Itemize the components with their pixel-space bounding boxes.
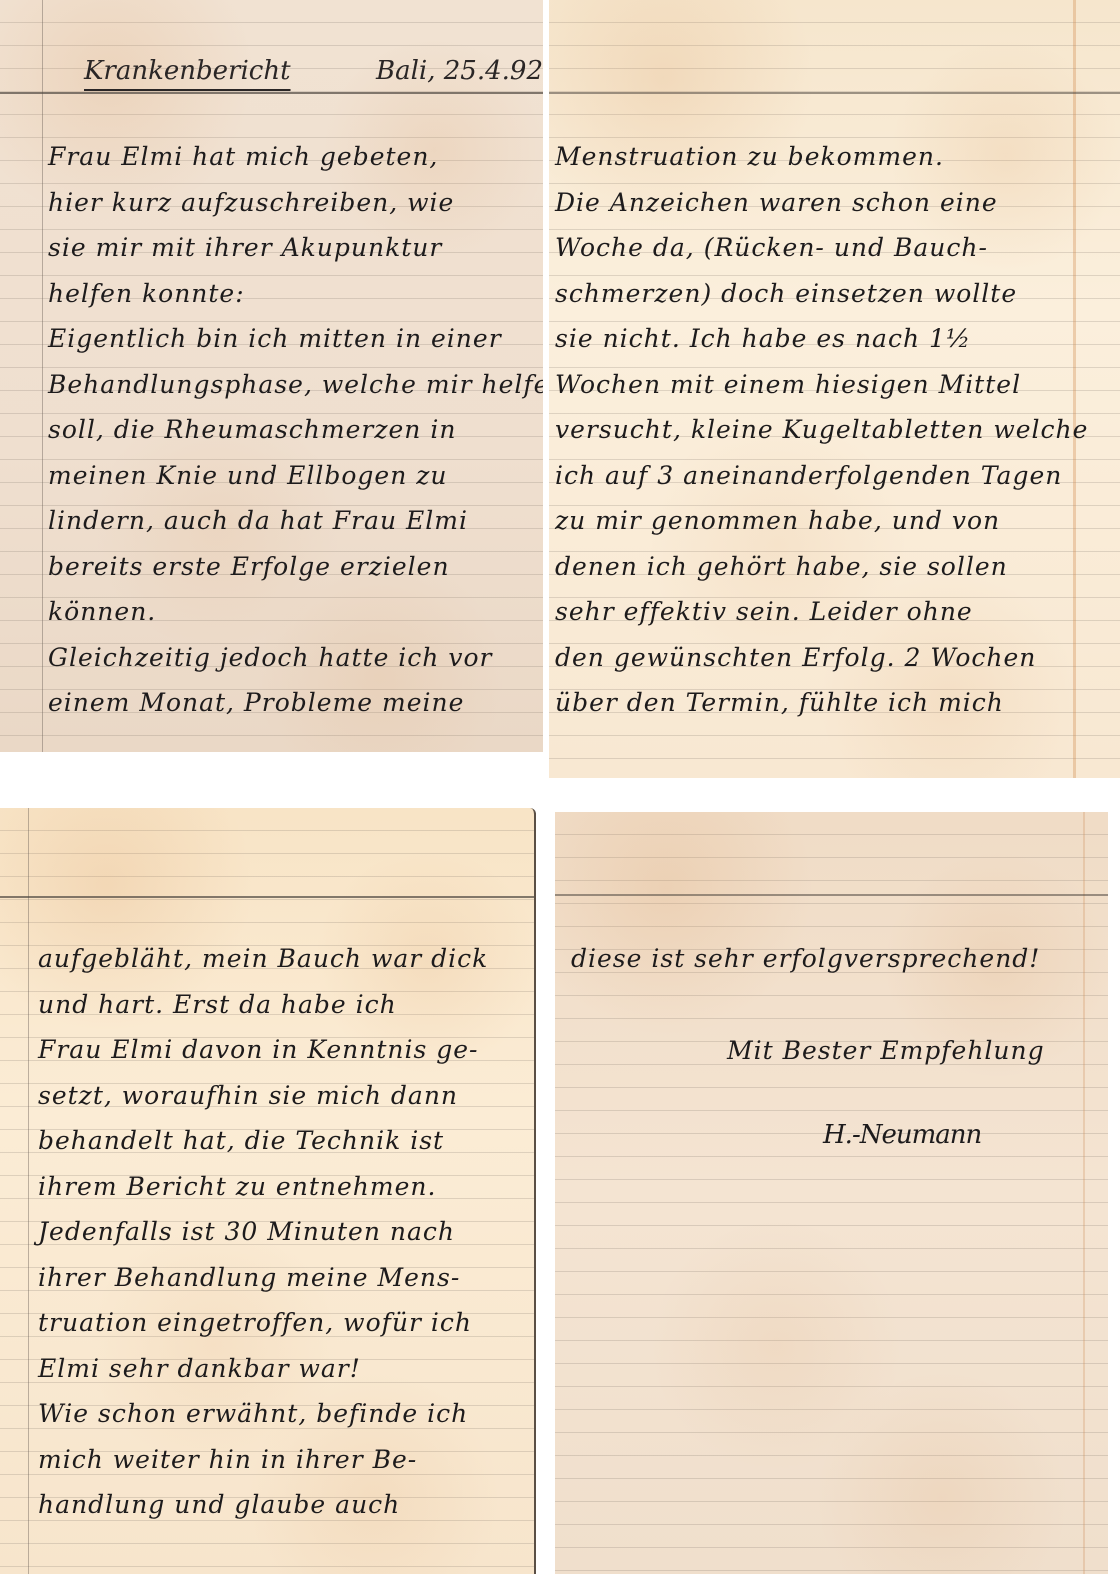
page-4-body: diese ist sehr erfolgversprechend! [571, 936, 1040, 982]
text-line: Behandlungsphase, welche mir helfen [48, 362, 543, 408]
page-2-body: Menstruation zu bekommen. Die Anzeichen … [555, 134, 1088, 726]
page-1-body: Frau Elmi hat mich gebeten, hier kurz au… [48, 134, 543, 726]
letter-page-2: Menstruation zu bekommen. Die Anzeichen … [549, 0, 1120, 778]
text-line: soll, die Rheumaschmerzen in [48, 407, 543, 453]
text-line: können. [48, 589, 543, 635]
text-line: einem Monat, Probleme meine [48, 680, 543, 726]
text-line: ihrem Bericht zu entnehmen. [38, 1164, 488, 1210]
letter-page-1: Krankenbericht Bali, 25.4.92 Frau Elmi h… [0, 0, 543, 752]
closing-text: Mit Bester Empfehlung [727, 1028, 1045, 1074]
text-line: bereits erste Erfolge erzielen [48, 544, 543, 590]
text-line: Eigentlich bin ich mitten in einer [48, 316, 543, 362]
text-line: Wie schon erwähnt, befinde ich [38, 1391, 488, 1437]
text-line: den gewünschten Erfolg. 2 Wochen [555, 635, 1088, 681]
text-line: truation eingetroffen, wofür ich [38, 1300, 488, 1346]
text-line: Menstruation zu bekommen. [555, 134, 1088, 180]
text-line: lindern, auch da hat Frau Elmi [48, 498, 543, 544]
text-line: handlung und glaube auch [38, 1482, 488, 1528]
header-rule [0, 896, 534, 898]
place-date: Bali, 25.4.92 [376, 56, 543, 86]
text-line: Elmi sehr dankbar war! [38, 1346, 488, 1392]
text-line: ihrer Behandlung meine Mens- [38, 1255, 488, 1301]
text-line: hier kurz aufzuschreiben, wie [48, 180, 543, 226]
title-row: Krankenbericht [84, 56, 291, 86]
text-line: sehr effektiv sein. Leider ohne [555, 589, 1088, 635]
margin-line [1083, 812, 1085, 1574]
text-line: Gleichzeitig jedoch hatte ich vor [48, 635, 543, 681]
text-line: denen ich gehört habe, sie sollen [555, 544, 1088, 590]
text-line: diese ist sehr erfolgversprechend! [571, 936, 1040, 982]
place-date-text: Bali, 25.4.92 [376, 56, 543, 86]
letter-page-3: aufgebläht, mein Bauch war dick und hart… [0, 808, 536, 1574]
page-3-body: aufgebläht, mein Bauch war dick und hart… [38, 936, 488, 1528]
header-rule [0, 92, 543, 94]
document-title: Krankenbericht [84, 56, 291, 86]
text-line: Jedenfalls ist 30 Minuten nach [38, 1209, 488, 1255]
text-line: Frau Elmi davon in Kenntnis ge- [38, 1027, 488, 1073]
text-line: ich auf 3 aneinanderfolgenden Tagen [555, 453, 1088, 499]
text-line: meinen Knie und Ellbogen zu [48, 453, 543, 499]
text-line: Woche da, (Rücken- und Bauch- [555, 225, 1088, 271]
text-line: und hart. Erst da habe ich [38, 982, 488, 1028]
text-line: behandelt hat, die Technik ist [38, 1118, 488, 1164]
text-line: Frau Elmi hat mich gebeten, [48, 134, 543, 180]
text-line: Die Anzeichen waren schon eine [555, 180, 1088, 226]
header-rule [555, 894, 1108, 896]
text-line: Wochen mit einem hiesigen Mittel [555, 362, 1088, 408]
header-rule [549, 92, 1120, 94]
signature-text: H.-Neumann [823, 1120, 981, 1150]
text-line: versucht, kleine Kugeltabletten welche [555, 407, 1088, 453]
text-line: setzt, woraufhin sie mich dann [38, 1073, 488, 1119]
text-line: mich weiter hin in ihrer Be- [38, 1437, 488, 1483]
closing-line: Mit Bester Empfehlung [727, 1028, 1045, 1074]
text-line: helfen konnte: [48, 271, 543, 317]
text-line: sie nicht. Ich habe es nach 1½ [555, 316, 1088, 362]
signature: H.-Neumann [823, 1120, 981, 1150]
margin-line [42, 0, 43, 752]
text-line: sie mir mit ihrer Akupunktur [48, 225, 543, 271]
letter-page-4: diese ist sehr erfolgversprechend! Mit B… [555, 812, 1108, 1574]
text-line: zu mir genommen habe, und von [555, 498, 1088, 544]
text-line: schmerzen) doch einsetzen wollte [555, 271, 1088, 317]
text-line: aufgebläht, mein Bauch war dick [38, 936, 488, 982]
text-line: über den Termin, fühlte ich mich [555, 680, 1088, 726]
margin-line [28, 808, 29, 1574]
